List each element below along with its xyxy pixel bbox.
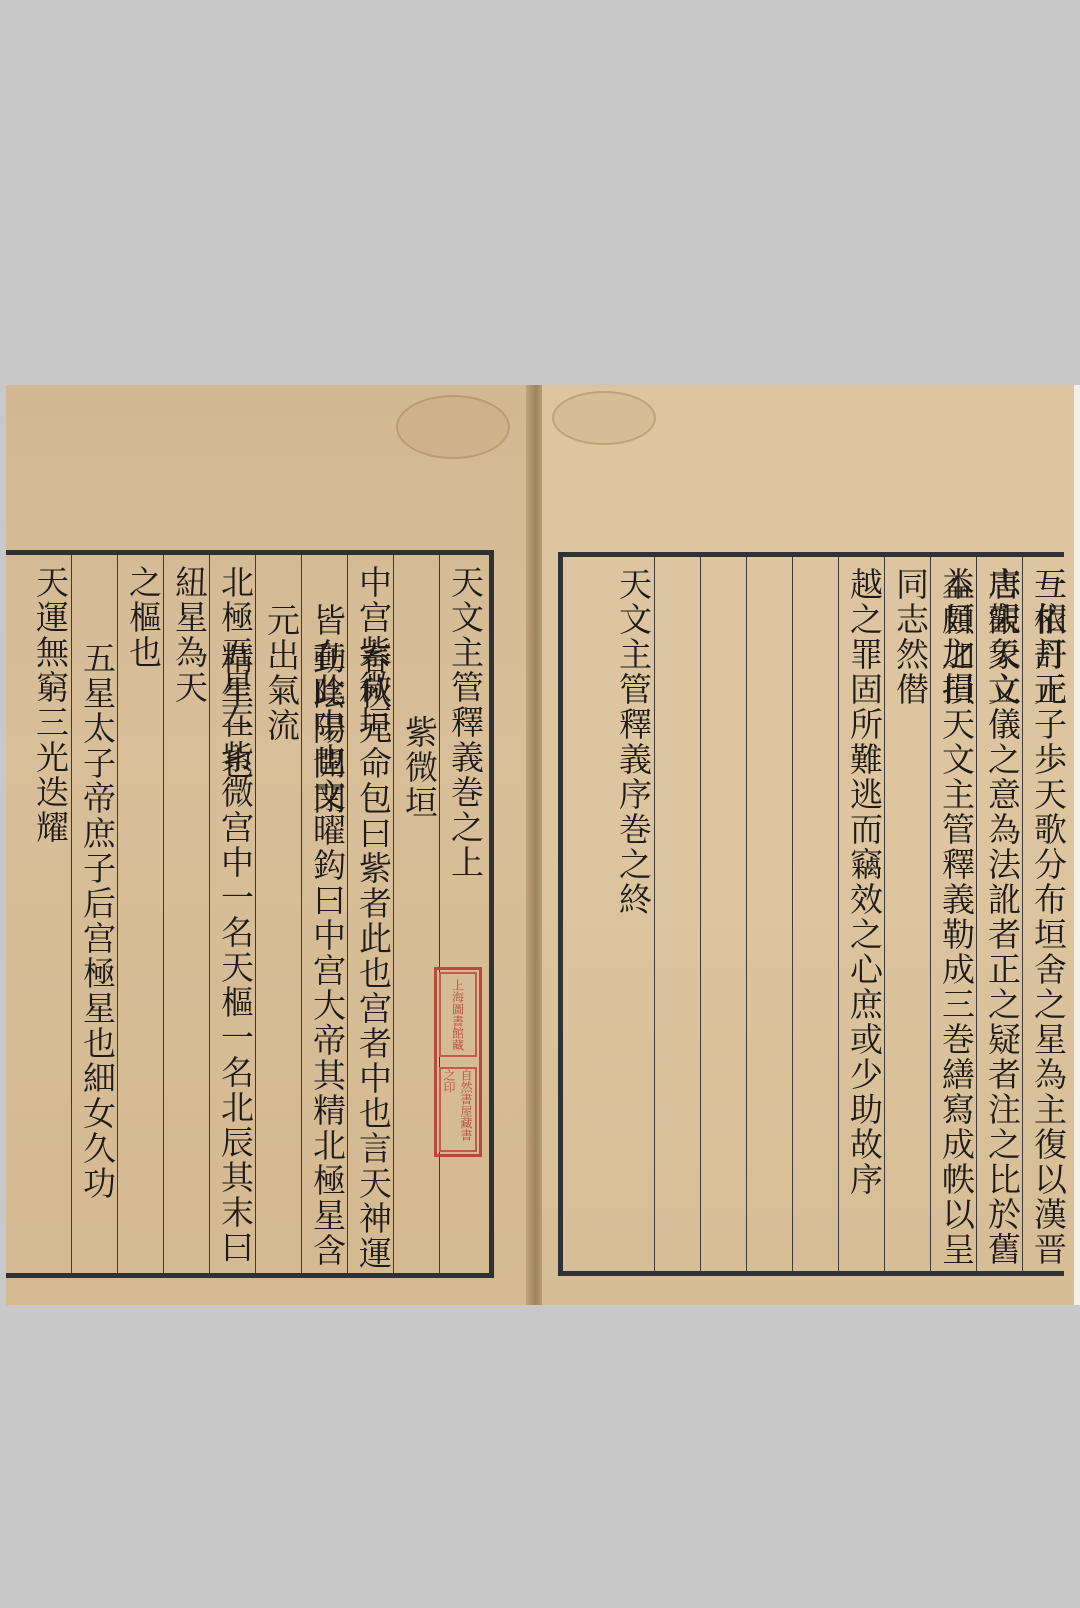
water-stain	[396, 395, 510, 459]
text-column	[792, 557, 838, 1271]
seal-upper: 上海圖書館藏	[439, 972, 477, 1057]
preface-end-title: 天文主管釋義序巻之終	[610, 567, 656, 917]
section-heading: 紫微垣	[396, 715, 442, 820]
body-text: 之樞也	[120, 565, 166, 670]
volume-title: 天文主管釋義巻之上	[442, 565, 488, 880]
collector-seal: 上海圖書館藏 自然書屋藏書之印	[434, 967, 482, 1157]
text-column: 越之罪固所難逃而竊效之心庶或少助故序	[838, 557, 884, 1271]
text-column	[746, 557, 792, 1271]
text-column: 皆在此中也文曜鈎曰中宫大帝其精北極星含元出氣流	[255, 555, 301, 1273]
text-column: 之樞也	[117, 555, 163, 1273]
text-column: 天文主管釋義巻之上	[439, 555, 485, 1273]
preface-text: 益目之曰天文主管釋義勒成三巻繕寫成帙以呈同志然僣	[887, 567, 979, 1271]
left-page-frame: 天文主管釋義巻之上 紫微垣 中宫紫微垣 春秋元命包曰紫者此也宫者中也言天神運動陰…	[6, 550, 494, 1278]
right-page-frame: 三承渡河五十學易又可言哉予因暇中鳩革群集互相訂正 一依丹元子歩天歌分布垣舍之星為…	[558, 552, 1064, 1276]
text-column	[654, 557, 700, 1271]
text-column: 天文主管釋義序巻之終	[608, 557, 654, 1271]
left-page-columns: 天文主管釋義巻之上 紫微垣 中宫紫微垣 春秋元命包曰紫者此也宫者中也言天神運動陰…	[25, 555, 485, 1273]
text-column: 紫微垣	[393, 555, 439, 1273]
book-spread: 天文主管釋義巻之上 紫微垣 中宫紫微垣 春秋元命包曰紫者此也宫者中也言天神運動陰…	[6, 385, 1074, 1305]
water-stain	[552, 391, 656, 445]
body-text: 五星太子帝庶子后宫極星也細女久功	[74, 641, 120, 1201]
seal-lower: 自然書屋藏書之印	[439, 1067, 477, 1152]
text-column: 益目之曰天文主管釋義勒成三巻繕寫成帙以呈同志然僣	[884, 557, 930, 1271]
text-column: 北極五星在紫微宫中一名天樞一名北辰其末曰紐星為天	[163, 555, 209, 1273]
body-text: 北極五星在紫微宫中一名天樞一名北辰其末曰紐星為天	[166, 565, 258, 1273]
text-column: 天運無窮三光迭耀	[25, 555, 71, 1273]
left-page: 天文主管釋義巻之上 紫微垣 中宫紫微垣 春秋元命包曰紫者此也宫者中也言天神運動陰…	[6, 385, 536, 1305]
preface-text: 越之罪固所難逃而竊效之心庶或少助故序	[841, 567, 887, 1197]
body-text: 皆在此中也文曜鈎曰中宫大帝其精北極星含元出氣流	[258, 603, 350, 1273]
right-page: 三承渡河五十學易又可言哉予因暇中鳩革群集互相訂正 一依丹元子歩天歌分布垣舍之星為…	[542, 385, 1080, 1305]
body-text: 天運無窮三光迭耀	[27, 565, 73, 845]
text-column	[700, 557, 746, 1271]
right-page-columns: 三承渡河五十學易又可言哉予因暇中鳩革群集互相訂正 一依丹元子歩天歌分布垣舍之星為…	[608, 557, 1068, 1271]
text-column: 五星太子帝庶子后宫極星也細女久功	[71, 555, 117, 1273]
